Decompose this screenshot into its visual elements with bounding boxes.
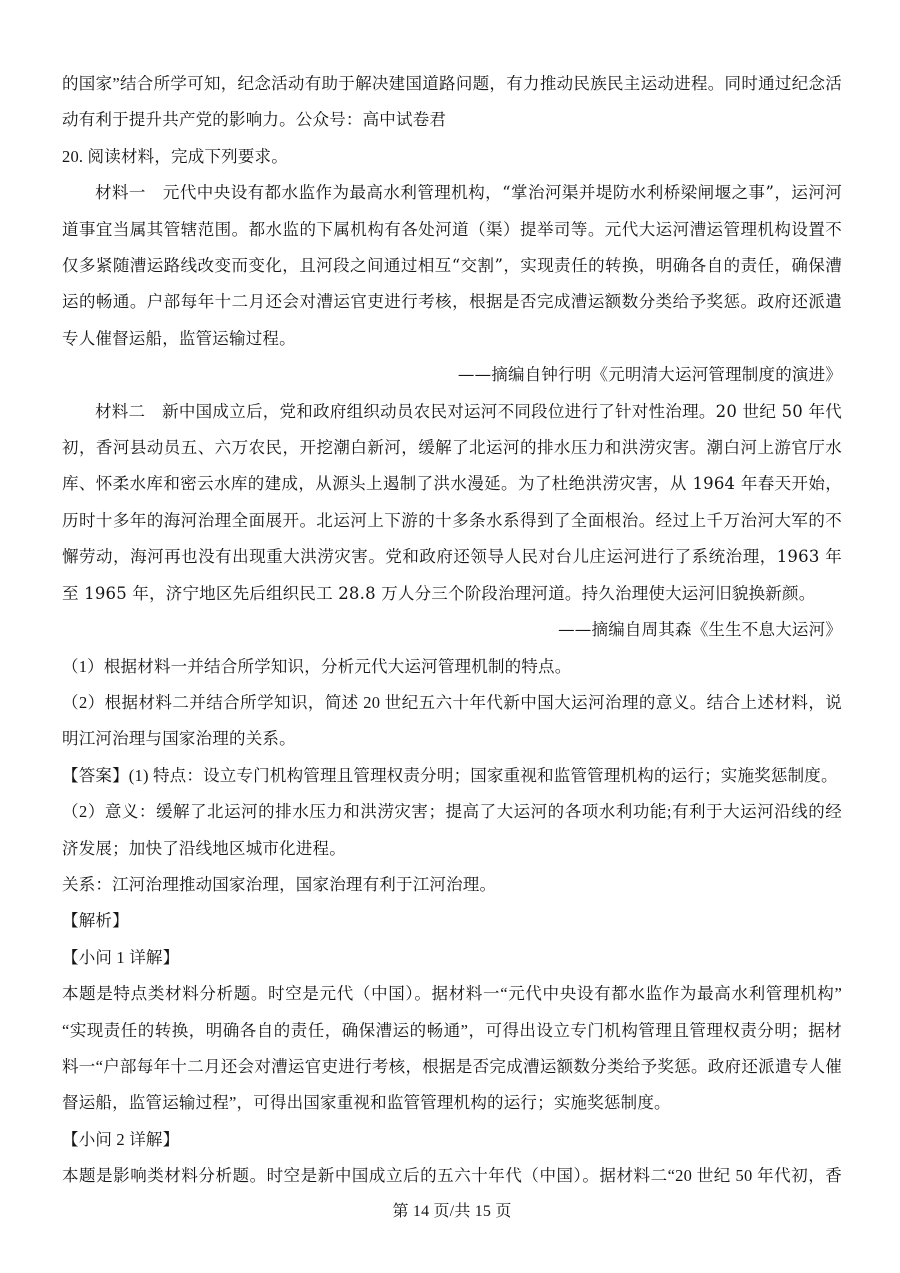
answer-part2: （2）意义：缓解了北运河的排水压力和洪涝灾害；提高了大运河的各项水利功能;有利于… bbox=[62, 794, 842, 867]
sub-question-2-header: 【小问 2 详解】 bbox=[62, 1122, 842, 1158]
material-2: 材料二 新中国成立后，党和政府组织动员农民对运河不同段位进行了针对性治理。20 … bbox=[62, 394, 842, 612]
material-1-source: ——摘编自钟行明《元明清大运河管理制度的演进》 bbox=[62, 357, 842, 393]
question-20-stem: 20. 阅读材料，完成下列要求。 bbox=[62, 139, 842, 175]
para-prev-answer-continuation: 的国家”结合所学可知，纪念活动有助于解决建国道路问题，有力推动民族民主运动进程。… bbox=[62, 66, 842, 139]
material-2-source: ——摘编自周其森《生生不息大运河》 bbox=[62, 612, 842, 648]
answer-part1: 【答案】(1) 特点：设立专门机构管理且管理权责分明；国家重视和监管管理机构的运… bbox=[62, 758, 842, 794]
page-footer: 第 14 页/共 15 页 bbox=[62, 1197, 842, 1227]
question-20-part2: （2）根据材料二并结合所学知识，简述 20 世纪五六十年代新中国大运河治理的意义… bbox=[62, 685, 842, 758]
exam-document-page: 的国家”结合所学可知，纪念活动有助于解决建国道路问题，有力推动民族民主运动进程。… bbox=[0, 0, 900, 1273]
sub-question-1-header: 【小问 1 详解】 bbox=[62, 940, 842, 976]
sub-question-2-analysis: 本题是影响类材料分析题。时空是新中国成立后的五六十年代（中国）。据材料二“20 … bbox=[62, 1158, 842, 1194]
sub-question-1-analysis: 本题是特点类材料分析题。时空是元代（中国）。据材料一“元代中央设有都水监作为最高… bbox=[62, 976, 842, 1122]
material-1: 材料一 元代中央设有都水监作为最高水利管理机构，“掌治河渠并堤防水利桥梁闸堰之事… bbox=[62, 175, 842, 357]
answer-relation: 关系：江河治理推动国家治理，国家治理有利于江河治理。 bbox=[62, 867, 842, 903]
question-20-part1: （1）根据材料一并结合所学知识，分析元代大运河管理机制的特点。 bbox=[62, 649, 842, 685]
analysis-header: 【解析】 bbox=[62, 903, 842, 939]
